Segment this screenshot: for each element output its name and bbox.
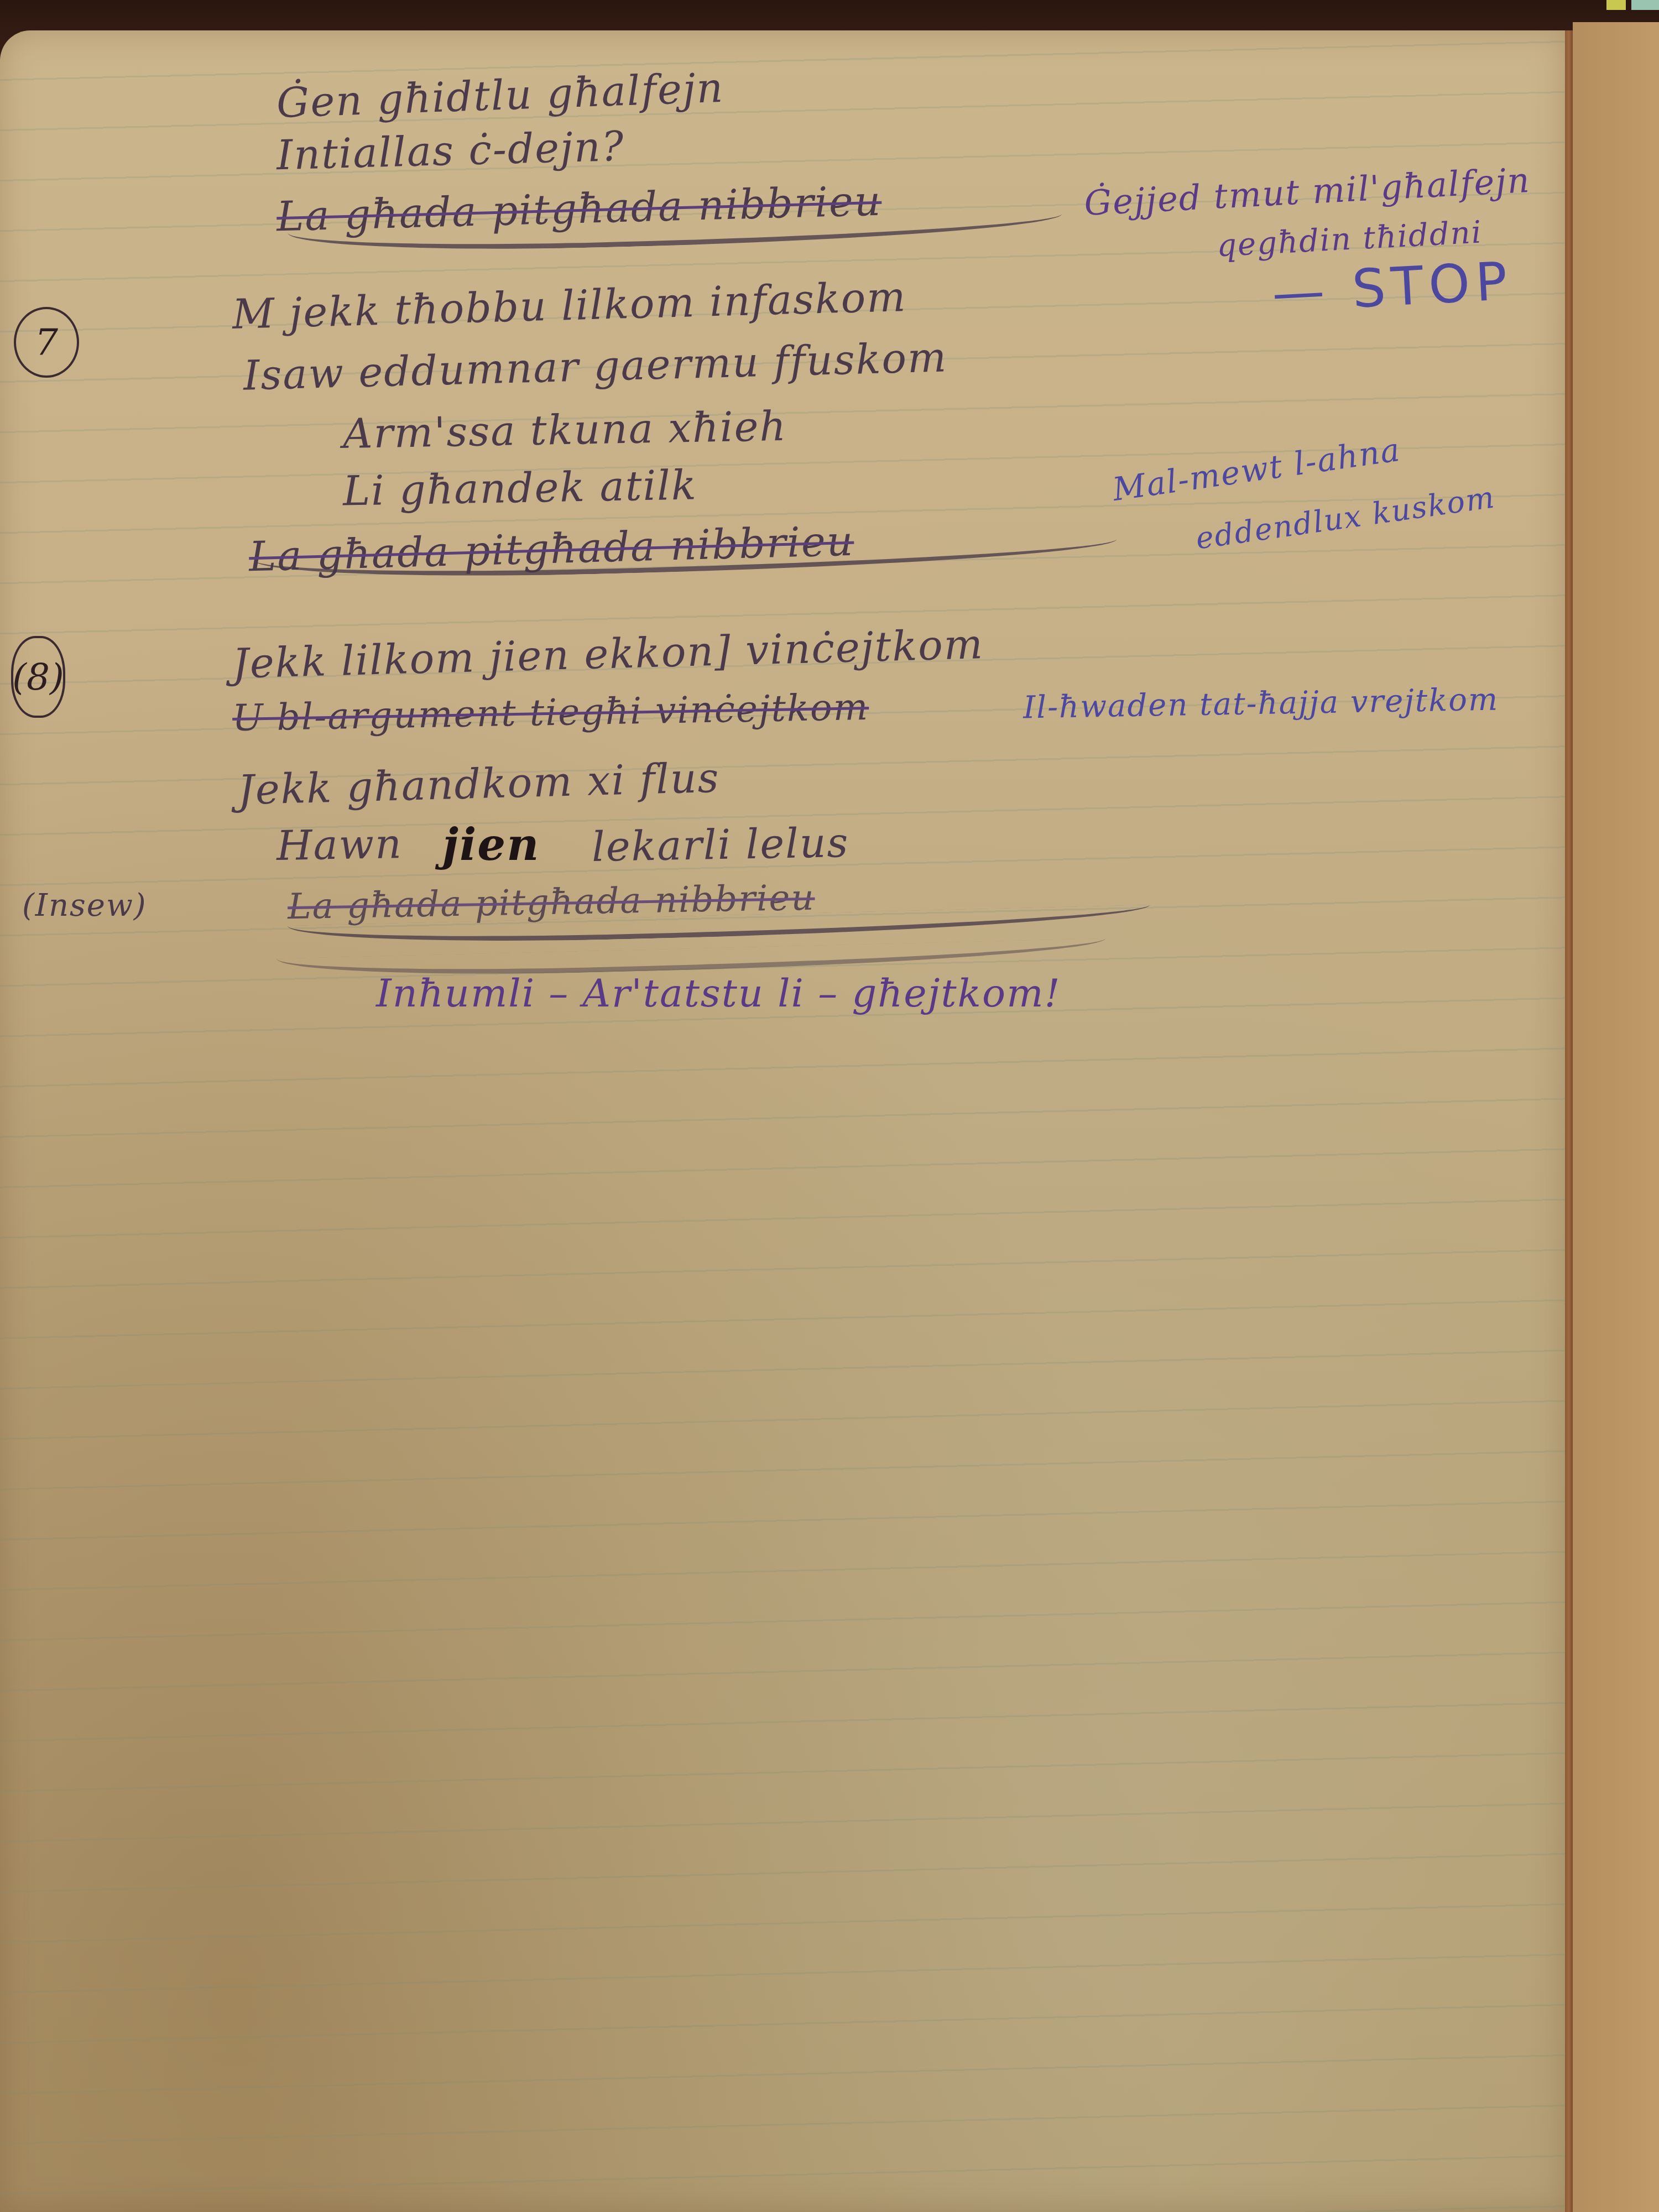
closing-line: Inħumli – Ar'tatstu li – għejtkom! [376,971,1061,1016]
poem-line: Li għandek atilk [342,461,697,515]
adjacent-page-edge [1573,22,1659,2212]
stanza-number-7: 7 [14,307,79,378]
inserted-word: jien [442,818,540,870]
poem-line: Arm'ssa tkuna xħieh [342,403,787,458]
poem-line: Intiallas ċ-dejn? [276,123,625,179]
poem-line: lekarli lelus [591,819,849,871]
yellow-tab [1606,0,1626,10]
stanza-number-8: (8) [11,636,65,718]
page-spine [1565,30,1573,2212]
notebook-page: Ġen għidtlu għalfejn Intiallas ċ-dejn? L… [0,30,1565,2212]
notebook-photo: Ġen għidtlu għalfejn Intiallas ċ-dejn? L… [0,0,1659,2212]
stop-marker: — STOP [1270,251,1514,325]
side-label: (Insew) [22,888,147,924]
poem-line: Hawn [276,820,403,870]
teal-tab [1631,0,1659,10]
